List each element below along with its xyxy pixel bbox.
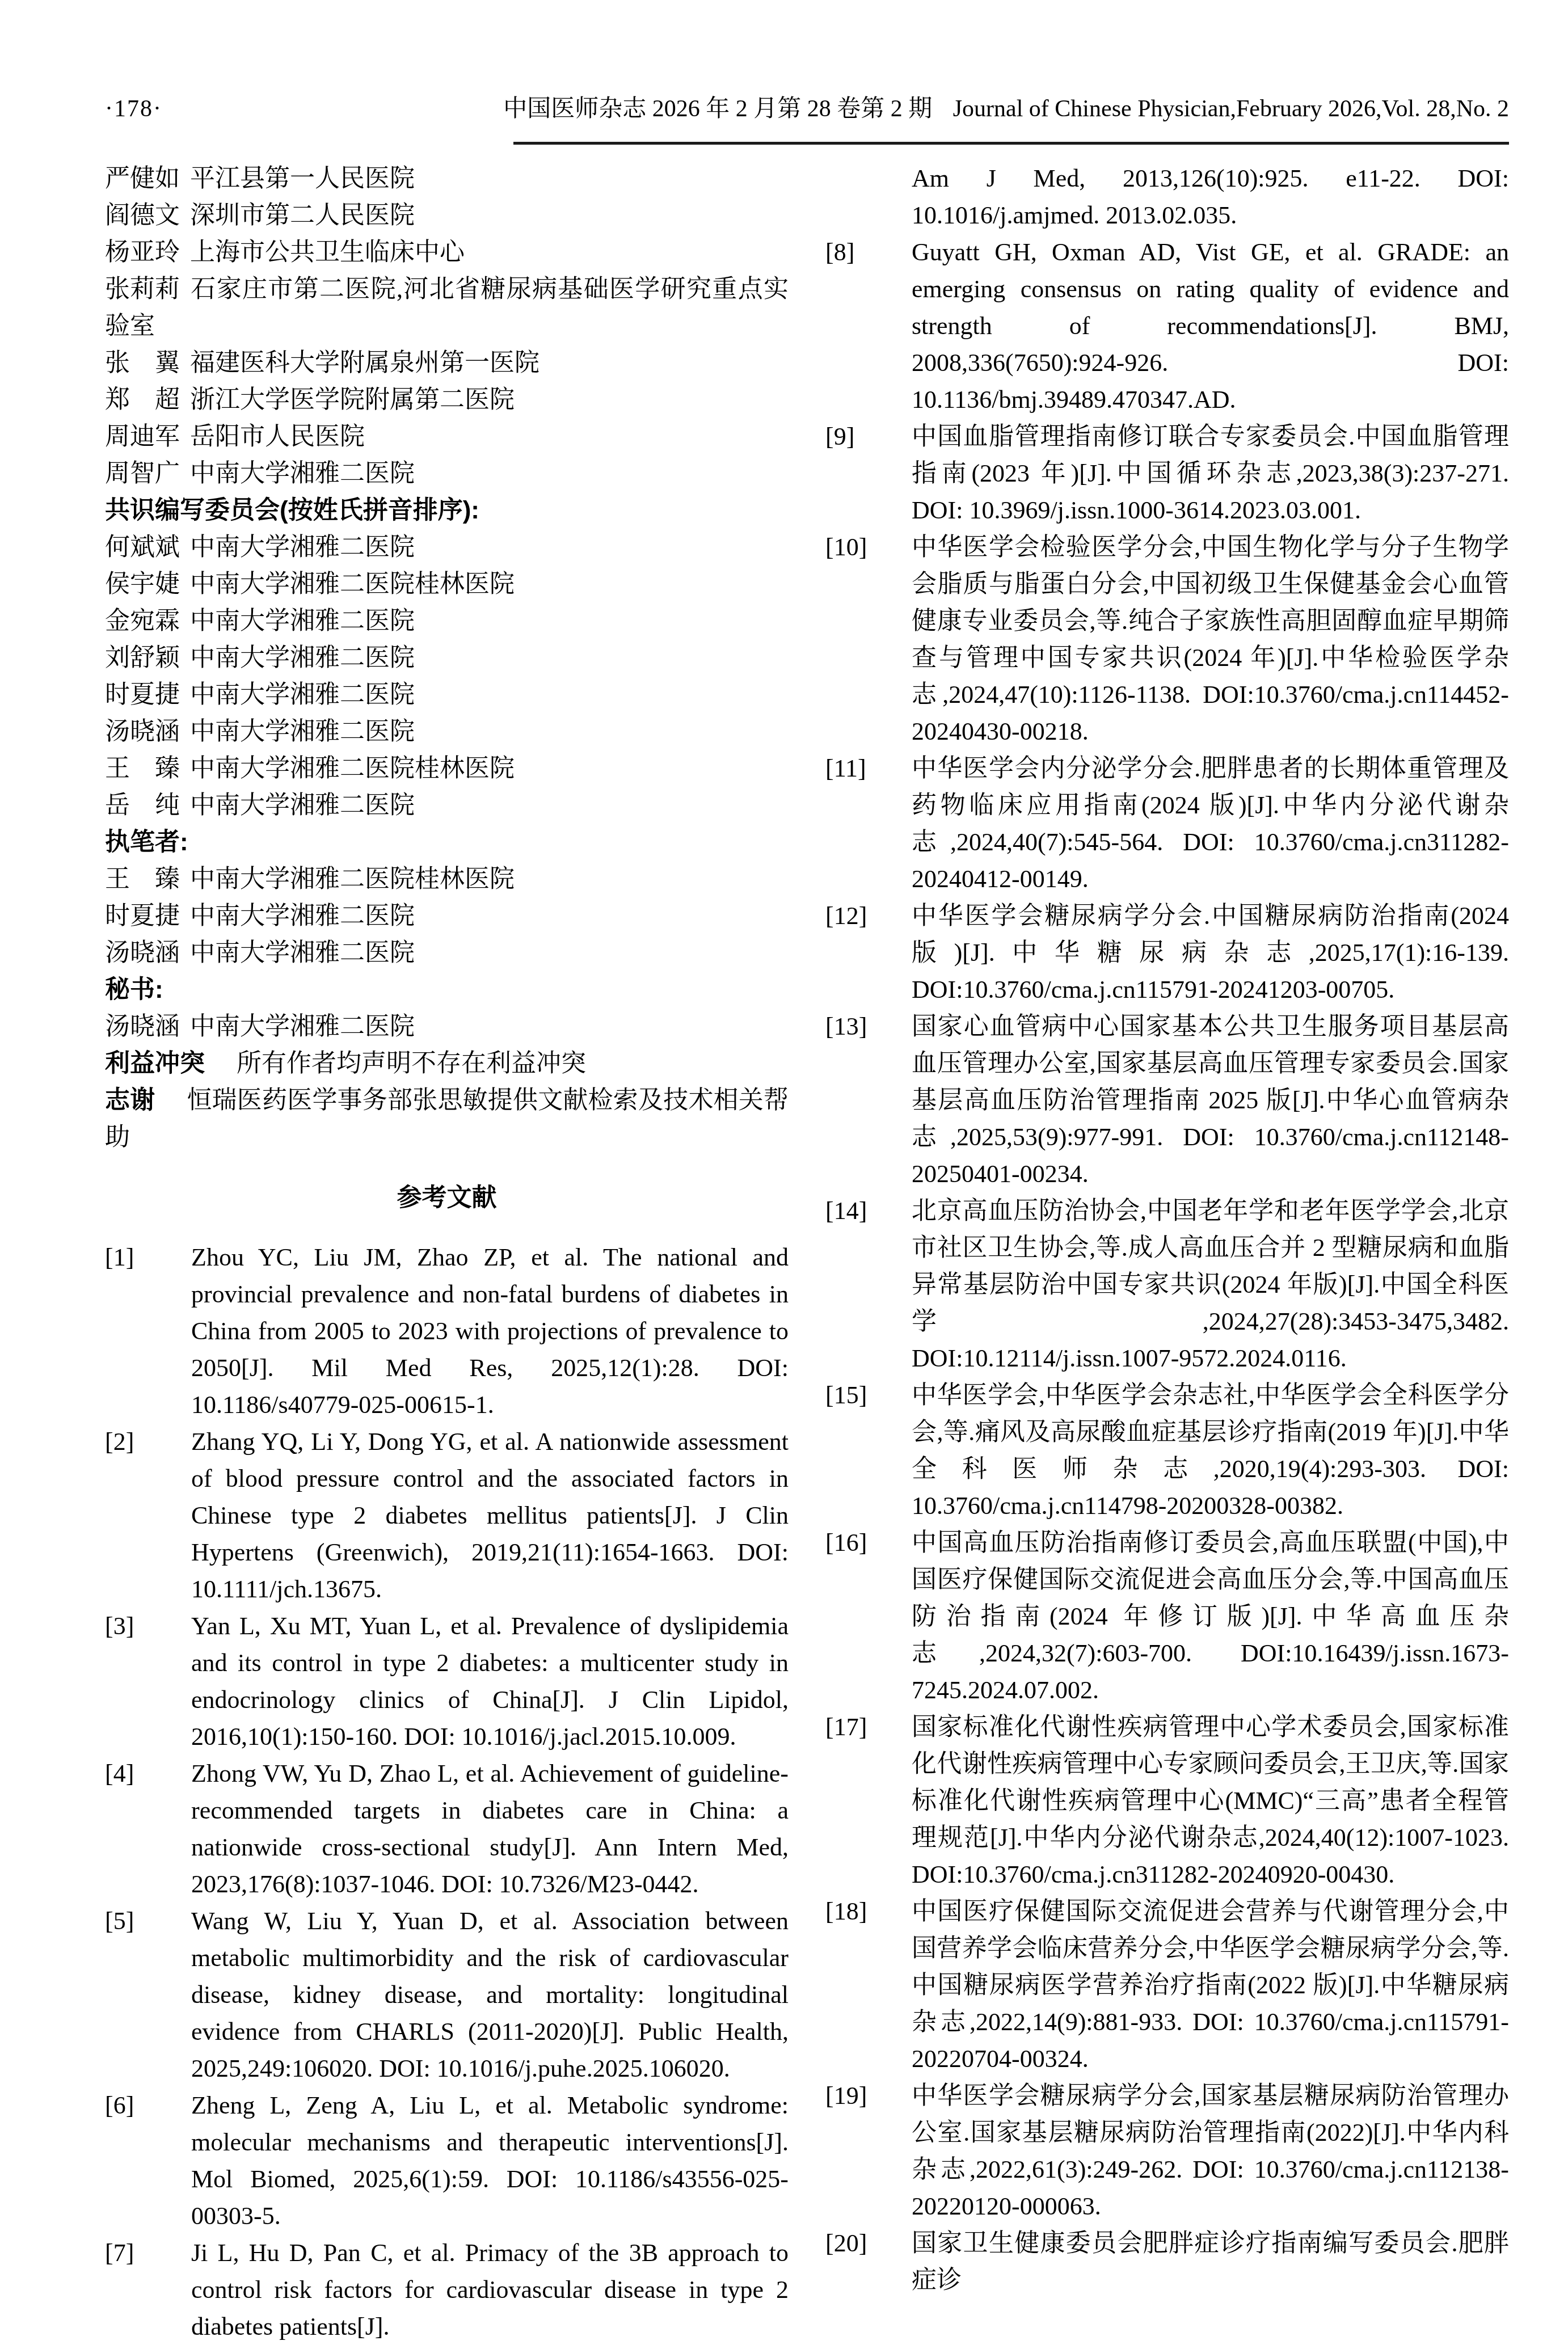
- reference-number: [2]: [105, 1423, 134, 1460]
- committee-member-name: 汤晓涵: [105, 713, 190, 750]
- reference-item: [9]中国血脂管理指南修订联合专家委员会.中国血脂管理指南(2023 年)[J]…: [825, 418, 1509, 529]
- reference-text: Yan L, Xu MT, Yuan L, et al. Prevalence …: [191, 1612, 789, 1751]
- committee-member-name: 王 臻: [105, 750, 190, 787]
- contributor-affiliation: 深圳市第二人民医院: [190, 201, 415, 229]
- reference-number: [20]: [825, 2225, 867, 2262]
- reference-number: [1]: [105, 1239, 134, 1276]
- committee-member-row: 汤晓涵中南大学湘雅二医院: [105, 713, 789, 750]
- secretary-name: 汤晓涵: [105, 1008, 190, 1045]
- reference-item: [14]北京高血压防治协会,中国老年学和老年医学学会,北京市社区卫生协会,等.成…: [825, 1192, 1509, 1377]
- committee-member-affiliation: 中南大学湘雅二医院: [190, 718, 415, 745]
- secretary-heading: 秘书:: [105, 971, 789, 1008]
- acknowledgement-label: 志谢: [105, 1086, 155, 1114]
- contributor-name: 阎德文: [105, 197, 190, 234]
- references-right-list: Am J Med, 2013,126(10):925. e11-22. DOI:…: [825, 160, 1509, 2298]
- reference-text: 中国医疗保健国际交流促进会营养与代谢管理分会,中国营养学会临床营养分会,中华医学…: [912, 1897, 1509, 2073]
- contributor-affiliation: 上海市公共卫生临床中心: [190, 238, 465, 266]
- contributor-row: 张莉莉石家庄市第二医院,河北省糖尿病基础医学研究重点实验室: [105, 271, 789, 344]
- writers-list: 王 臻中南大学湘雅二医院桂林医院 时夏捷中南大学湘雅二医院 汤晓涵中南大学湘雅二…: [105, 861, 789, 971]
- reference-number: [6]: [105, 2087, 134, 2124]
- conflict-of-interest-row: 利益冲突所有作者均声明不存在利益冲突: [105, 1045, 789, 1082]
- contributor-name: 严健如: [105, 160, 190, 197]
- reference-item: [11]中华医学会内分泌学分会.肥胖患者的长期体重管理及药物临床应用指南(202…: [825, 750, 1509, 897]
- contributor-name: 杨亚玲: [105, 234, 190, 271]
- contributor-name: 周迪军: [105, 418, 190, 455]
- contributor-row: 周智广中南大学湘雅二医院: [105, 455, 789, 492]
- reference-item: Am J Med, 2013,126(10):925. e11-22. DOI:…: [825, 160, 1509, 234]
- journal-title: 中国医师杂志 2026 年 2 月第 28 卷第 2 期 Journal of …: [503, 90, 1509, 124]
- reference-item: [8]Guyatt GH, Oxman AD, Vist GE, et al. …: [825, 234, 1509, 418]
- committee-member-row: 刘舒颖中南大学湘雅二医院: [105, 639, 789, 676]
- writer-affiliation: 中南大学湘雅二医院: [190, 902, 415, 930]
- reference-item: [13]国家心血管病中心国家基本公共卫生服务项目基层高血压管理办公室,国家基层高…: [825, 1008, 1509, 1192]
- acknowledgement-row: 志谢恒瑞医药医学事务部张思敏提供文献检索及技术相关帮助: [105, 1082, 789, 1155]
- reference-number: [17]: [825, 1709, 867, 1745]
- secretary-affiliation: 中南大学湘雅二医院: [190, 1013, 415, 1040]
- committee-member-name: 时夏捷: [105, 676, 190, 713]
- reference-number: [3]: [105, 1608, 134, 1644]
- contributor-affiliation: 石家庄市第二医院,河北省糖尿病基础医学研究重点实验室: [105, 275, 789, 340]
- committee-member-row: 侯宇婕中南大学湘雅二医院桂林医院: [105, 566, 789, 602]
- right-column: Am J Med, 2013,126(10):925. e11-22. DOI:…: [825, 160, 1509, 2345]
- reference-text: 中国高血压防治指南修订委员会,高血压联盟(中国),中国医疗保健国际交流促进会高血…: [912, 1529, 1509, 1704]
- contributor-row: 周迪军岳阳市人民医院: [105, 418, 789, 455]
- committee-heading: 共识编写委员会(按姓氏拼音排序):: [105, 492, 789, 529]
- committee-member-affiliation: 中南大学湘雅二医院: [190, 533, 415, 561]
- reference-number: [4]: [105, 1755, 134, 1792]
- committee-member-affiliation: 中南大学湘雅二医院: [190, 681, 415, 708]
- contributor-name: 周智广: [105, 455, 190, 492]
- journal-title-en: Journal of Chinese Physician,February 20…: [953, 96, 1509, 122]
- reference-number: [5]: [105, 1903, 134, 1939]
- committee-member-row: 岳 纯中南大学湘雅二医院: [105, 787, 789, 824]
- contributor-name: 张莉莉: [105, 271, 190, 307]
- affiliation-list: 严健如平江县第一人民医院 阎德文深圳市第二人民医院 杨亚玲上海市公共卫生临床中心…: [105, 160, 789, 492]
- acknowledgement-text: 恒瑞医药医学事务部张思敏提供文献检索及技术相关帮助: [105, 1086, 789, 1151]
- contributor-row: 张 翼福建医科大学附属泉州第一医院: [105, 344, 789, 381]
- writer-row: 王 臻中南大学湘雅二医院桂林医院: [105, 861, 789, 897]
- writer-name: 王 臻: [105, 861, 190, 897]
- contributor-affiliation: 中南大学湘雅二医院: [190, 459, 415, 487]
- reference-item: [5]Wang W, Liu Y, Yuan D, et al. Associa…: [105, 1903, 789, 2087]
- reference-item: [7]Ji L, Hu D, Pan C, et al. Primacy of …: [105, 2234, 789, 2345]
- committee-member-affiliation: 中南大学湘雅二医院桂林医院: [190, 754, 515, 782]
- contributor-affiliation: 岳阳市人民医院: [190, 423, 365, 450]
- reference-item: [20]国家卫生健康委员会肥胖症诊疗指南编写委员会.肥胖症诊: [825, 2225, 1509, 2298]
- page-header: ·178· 中国医师杂志 2026 年 2 月第 28 卷第 2 期 Journ…: [105, 90, 1509, 124]
- secretary-row: 汤晓涵中南大学湘雅二医院: [105, 1008, 789, 1045]
- journal-page: ·178· 中国医师杂志 2026 年 2 月第 28 卷第 2 期 Journ…: [0, 0, 1568, 2339]
- reference-item: [4]Zhong VW, Yu D, Zhao L, et al. Achiev…: [105, 1755, 789, 1903]
- reference-item: [2]Zhang YQ, Li Y, Dong YG, et al. A nat…: [105, 1423, 789, 1608]
- reference-text: Zhong VW, Yu D, Zhao L, et al. Achieveme…: [191, 1760, 789, 1898]
- conflict-of-interest-text: 所有作者均声明不存在利益冲突: [237, 1049, 586, 1077]
- reference-text: 中华医学会,中华医学会杂志社,中华医学会全科医学分会,等.痛风及高尿酸血症基层诊…: [912, 1381, 1509, 1520]
- contributor-name: 张 翼: [105, 344, 190, 381]
- header-rule: [513, 142, 1509, 145]
- reference-item: [16]中国高血压防治指南修订委员会,高血压联盟(中国),中国医疗保健国际交流促…: [825, 1524, 1509, 1709]
- reference-number: [15]: [825, 1377, 867, 1414]
- committee-member-name: 岳 纯: [105, 787, 190, 824]
- reference-number: [12]: [825, 897, 867, 934]
- committee-member-name: 何斌斌: [105, 529, 190, 566]
- reference-item: [18]中国医疗保健国际交流促进会营养与代谢管理分会,中国营养学会临床营养分会,…: [825, 1893, 1509, 2077]
- committee-member-row: 时夏捷中南大学湘雅二医院: [105, 676, 789, 713]
- page-number: ·178·: [105, 95, 162, 123]
- committee-member-row: 王 臻中南大学湘雅二医院桂林医院: [105, 750, 789, 787]
- reference-number: [9]: [825, 418, 854, 455]
- reference-item: [17]国家标准化代谢性疾病管理中心学术委员会,国家标准化代谢性疾病管理中心专家…: [825, 1709, 1509, 1893]
- secretary-list: 汤晓涵中南大学湘雅二医院: [105, 1008, 789, 1045]
- committee-member-name: 刘舒颖: [105, 639, 190, 676]
- reference-number: [18]: [825, 1893, 867, 1930]
- contributor-row: 郑 超浙江大学医学院附属第二医院: [105, 381, 789, 418]
- committee-member-affiliation: 中南大学湘雅二医院: [190, 644, 415, 672]
- writer-name: 时夏捷: [105, 897, 190, 934]
- committee-member-affiliation: 中南大学湘雅二医院: [190, 607, 415, 635]
- committee-member-name: 侯宇婕: [105, 566, 190, 602]
- reference-item: [15]中华医学会,中华医学会杂志社,中华医学会全科医学分会,等.痛风及高尿酸血…: [825, 1377, 1509, 1524]
- references-heading: 参考文献: [105, 1179, 789, 1216]
- conflict-of-interest-label: 利益冲突: [105, 1049, 205, 1077]
- writer-affiliation: 中南大学湘雅二医院桂林医院: [190, 865, 515, 893]
- reference-item: [1]Zhou YC, Liu JM, Zhao ZP, et al. The …: [105, 1239, 789, 1423]
- writer-row: 汤晓涵中南大学湘雅二医院: [105, 934, 789, 971]
- content-columns: 严健如平江县第一人民医院 阎德文深圳市第二人民医院 杨亚玲上海市公共卫生临床中心…: [105, 160, 1509, 2345]
- writer-row: 时夏捷中南大学湘雅二医院: [105, 897, 789, 934]
- reference-text: Zhang YQ, Li Y, Dong YG, et al. A nation…: [191, 1428, 789, 1603]
- committee-member-name: 金宛霖: [105, 602, 190, 639]
- writer-name: 汤晓涵: [105, 934, 190, 971]
- committee-member-affiliation: 中南大学湘雅二医院: [190, 791, 415, 819]
- contributor-affiliation: 平江县第一人民医院: [190, 165, 415, 192]
- reference-text: 国家标准化代谢性疾病管理中心学术委员会,国家标准化代谢性疾病管理中心专家顾问委员…: [912, 1713, 1509, 1888]
- reference-item: [3]Yan L, Xu MT, Yuan L, et al. Prevalen…: [105, 1608, 789, 1755]
- writers-heading: 执笔者:: [105, 824, 789, 861]
- reference-text: 中国血脂管理指南修订联合专家委员会.中国血脂管理指南(2023 年)[J].中国…: [912, 423, 1509, 524]
- committee-list: 何斌斌中南大学湘雅二医院 侯宇婕中南大学湘雅二医院桂林医院 金宛霖中南大学湘雅二…: [105, 529, 789, 824]
- reference-text: Guyatt GH, Oxman AD, Vist GE, et al. GRA…: [912, 238, 1509, 414]
- left-column: 严健如平江县第一人民医院 阎德文深圳市第二人民医院 杨亚玲上海市公共卫生临床中心…: [105, 160, 789, 2345]
- contributor-row: 严健如平江县第一人民医院: [105, 160, 789, 197]
- contributor-affiliation: 福建医科大学附属泉州第一医院: [190, 349, 539, 377]
- references-left-list: [1]Zhou YC, Liu JM, Zhao ZP, et al. The …: [105, 1239, 789, 2345]
- reference-item: [12]中华医学会糖尿病学分会.中国糖尿病防治指南(2024 版)[J].中华糖…: [825, 897, 1509, 1008]
- reference-number: [16]: [825, 1524, 867, 1561]
- contributor-name: 郑 超: [105, 381, 190, 418]
- journal-title-cn: 中国医师杂志 2026 年 2 月第 28 卷第 2 期: [503, 96, 932, 122]
- reference-text: 中华医学会内分泌学分会.肥胖患者的长期体重管理及药物临床应用指南(2024 版)…: [912, 754, 1509, 893]
- reference-text: Zhou YC, Liu JM, Zhao ZP, et al. The nat…: [191, 1243, 789, 1419]
- reference-item: [6]Zheng L, Zeng A, Liu L, et al. Metabo…: [105, 2087, 789, 2234]
- reference-number: [11]: [825, 750, 866, 787]
- reference-text: 中华医学会糖尿病学分会,国家基层糖尿病防治管理办公室.国家基层糖尿病防治管理指南…: [912, 2082, 1509, 2220]
- reference-item: [19]中华医学会糖尿病学分会,国家基层糖尿病防治管理办公室.国家基层糖尿病防治…: [825, 2077, 1509, 2225]
- reference-text: 国家心血管病中心国家基本公共卫生服务项目基层高血压管理办公室,国家基层高血压管理…: [912, 1013, 1509, 1188]
- committee-member-row: 何斌斌中南大学湘雅二医院: [105, 529, 789, 566]
- writer-affiliation: 中南大学湘雅二医院: [190, 939, 415, 967]
- reference-number: [7]: [105, 2234, 134, 2271]
- committee-member-row: 金宛霖中南大学湘雅二医院: [105, 602, 789, 639]
- reference-number: [13]: [825, 1008, 867, 1045]
- reference-number: [14]: [825, 1192, 867, 1229]
- committee-member-affiliation: 中南大学湘雅二医院桂林医院: [190, 570, 515, 598]
- reference-text: 中华医学会检验医学分会,中国生物化学与分子生物学会脂质与脂蛋白分会,中国初级卫生…: [912, 533, 1509, 745]
- reference-text: Ji L, Hu D, Pan C, et al. Primacy of the…: [191, 2239, 789, 2340]
- reference-text: 国家卫生健康委员会肥胖症诊疗指南编写委员会.肥胖症诊: [912, 2229, 1509, 2294]
- contributor-row: 杨亚玲上海市公共卫生临床中心: [105, 234, 789, 271]
- reference-number: [19]: [825, 2077, 867, 2114]
- contributor-row: 阎德文深圳市第二人民医院: [105, 197, 789, 234]
- reference-text: 北京高血压防治协会,中国老年学和老年医学学会,北京市社区卫生协会,等.成人高血压…: [912, 1197, 1509, 1372]
- reference-item: [10]中华医学会检验医学分会,中国生物化学与分子生物学会脂质与脂蛋白分会,中国…: [825, 529, 1509, 750]
- reference-text: Wang W, Liu Y, Yuan D, et al. Associatio…: [191, 1907, 789, 2082]
- reference-text: Am J Med, 2013,126(10):925. e11-22. DOI:…: [912, 165, 1509, 229]
- reference-text: Zheng L, Zeng A, Liu L, et al. Metabolic…: [191, 2091, 789, 2230]
- reference-text: 中华医学会糖尿病学分会.中国糖尿病防治指南(2024 版)[J].中华糖尿病杂志…: [912, 902, 1509, 1003]
- reference-number: [10]: [825, 529, 867, 566]
- reference-number: [8]: [825, 234, 854, 271]
- contributor-affiliation: 浙江大学医学院附属第二医院: [190, 386, 515, 414]
